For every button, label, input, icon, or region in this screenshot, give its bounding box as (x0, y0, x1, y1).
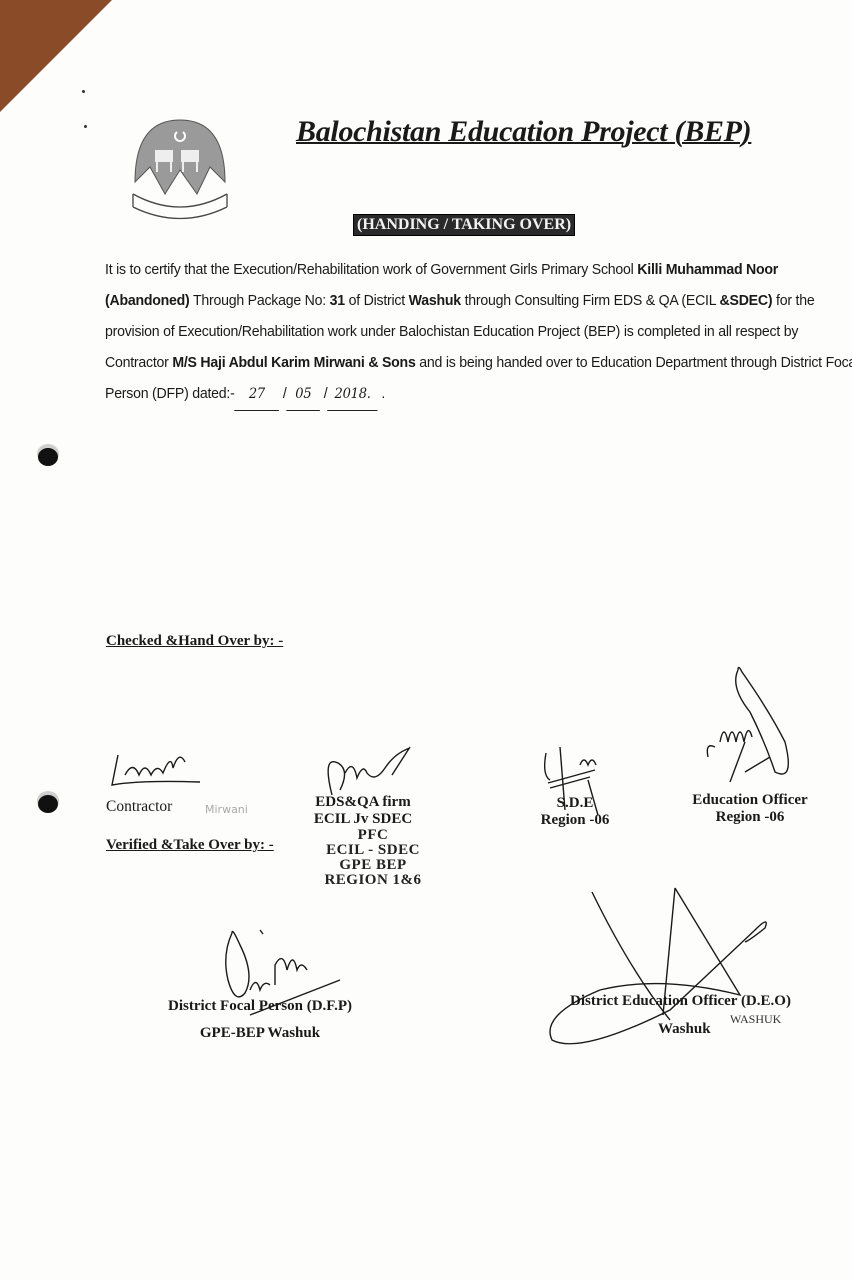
eds-qa-line1: EDS&QA firm (298, 794, 428, 811)
dfp-label: District Focal Person (D.F.P) GPE-BEP Wa… (150, 998, 370, 1042)
contractor-label: Contractor (106, 798, 172, 816)
paper-speck (82, 90, 85, 93)
dfp-line2: GPE-BEP Washuk (150, 1025, 370, 1042)
district-label: of District (349, 292, 405, 309)
certificate-body: It is to certify that the Execution/Reha… (105, 254, 852, 411)
eds-qa-stamp: PFC ECIL - SDEC GPE BEP REGION 1&6 (298, 828, 448, 888)
education-officer-signature (700, 662, 810, 792)
contractor-stamp: Mirwani (205, 803, 248, 816)
sde-line1: S.D.E (520, 795, 630, 812)
stamp-line: GPE BEP (298, 858, 448, 873)
punch-hole (38, 795, 58, 813)
dfp-line1: District Focal Person (D.F.P) (150, 998, 370, 1015)
sde-label: S.D.E Region -06 (520, 795, 630, 829)
stamp-line: PFC (298, 828, 448, 843)
education-officer-line1: Education Officer (670, 792, 830, 809)
education-officer-label: Education Officer Region -06 (670, 792, 830, 826)
date-month: 05 (287, 379, 320, 411)
stamp-line: ECIL - SDEC (298, 843, 448, 858)
firm-tail: &SDEC) (720, 292, 773, 309)
page-title: Balochistan Education Project (BEP) (296, 115, 751, 149)
balochistan-emblem-icon (125, 112, 235, 227)
deo-stamp: WASHUK (730, 1012, 781, 1027)
date-day: 27 (235, 379, 280, 411)
consulting-text: through Consulting Firm EDS & QA (ECIL (465, 292, 716, 309)
paper-speck (84, 125, 87, 128)
stamp-line: REGION 1&6 (298, 873, 448, 888)
document-subtitle: (HANDING / TAKING OVER) (353, 214, 575, 236)
eds-qa-label: EDS&QA firm ECIL Jv SDEC (298, 794, 428, 828)
deo-label: District Education Officer (D.E.O) (570, 993, 791, 1010)
deo-district: Washuk (658, 1021, 711, 1038)
date-year: 2018. (328, 379, 378, 411)
eds-qa-line2: ECIL Jv SDEC (298, 811, 428, 828)
package-label: Through Package No: (193, 292, 326, 309)
checked-handover-heading: Checked &Hand Over by: - (106, 633, 283, 650)
verified-takeover-heading: Verified &Take Over by: - (106, 837, 274, 854)
folder-corner (0, 0, 112, 112)
contractor-name: M/S Haji Abdul Karim Mirwani & Sons (172, 354, 415, 371)
contractor-signature (110, 750, 210, 790)
sde-line2: Region -06 (520, 812, 630, 829)
package-number: 31 (330, 292, 345, 309)
education-officer-line2: Region -06 (670, 809, 830, 826)
intro-text: It is to certify that the Execution/Reha… (105, 261, 634, 278)
punch-hole (38, 448, 58, 466)
district-name: Washuk (409, 292, 461, 309)
